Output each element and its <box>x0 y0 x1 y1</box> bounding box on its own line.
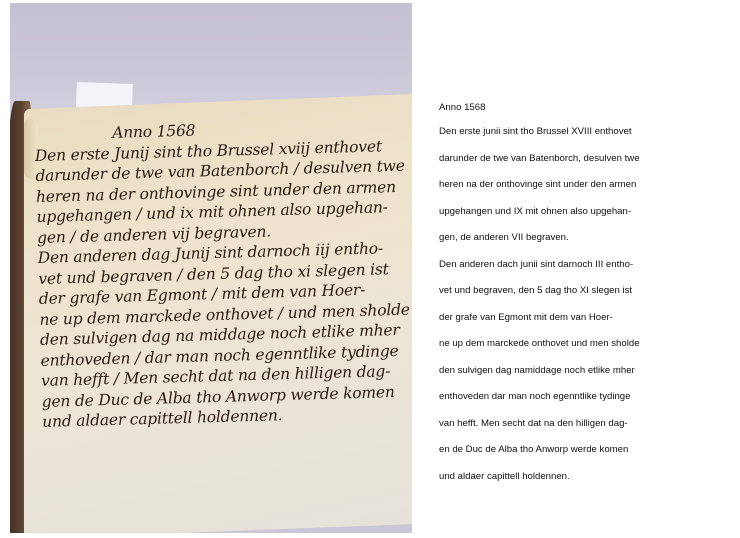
transcription-heading: Anno 1568 <box>439 99 699 123</box>
transcription-line: den sulvigen dag namiddage noch etlike m… <box>439 362 699 389</box>
handwritten-text: Anno 1568 Den erste Junij sint tho Bruss… <box>34 114 412 433</box>
transcription-line: vet und begraven, den 5 dag tho XI slege… <box>439 282 699 309</box>
transcription-line: heren na der onthovinge sint under den a… <box>439 176 699 203</box>
transcription-line: darunder de twe van Batenborch, desulven… <box>439 150 699 177</box>
transcription-line: gen, de anderen VII begraven. <box>439 229 699 256</box>
transcription-line: en de Duc de Alba tho Anworp werde komen <box>439 441 699 468</box>
manuscript-photo: Anno 1568 Den erste Junij sint tho Bruss… <box>10 3 412 533</box>
transcription-line: und aldaer capittell holdennen. <box>439 468 699 495</box>
transcription-line: Den erste junii sint tho Brussel XVIII e… <box>439 123 699 150</box>
transcription: Anno 1568 Den erste junii sint tho Bruss… <box>439 99 699 494</box>
transcription-line: der grafe van Egmont mit dem van Hoer- <box>439 309 699 336</box>
transcription-line: ne up dem marckede onthovet und men shol… <box>439 335 699 362</box>
transcription-line: van hefft. Men secht dat na den hilligen… <box>439 415 699 442</box>
transcription-line: enthoveden dar man noch egenntlike tydin… <box>439 388 699 415</box>
transcription-line: Den anderen dach junii sint darnoch III … <box>439 256 699 283</box>
transcription-line: upgehangen und IX mit ohnen also upgehan… <box>439 203 699 230</box>
